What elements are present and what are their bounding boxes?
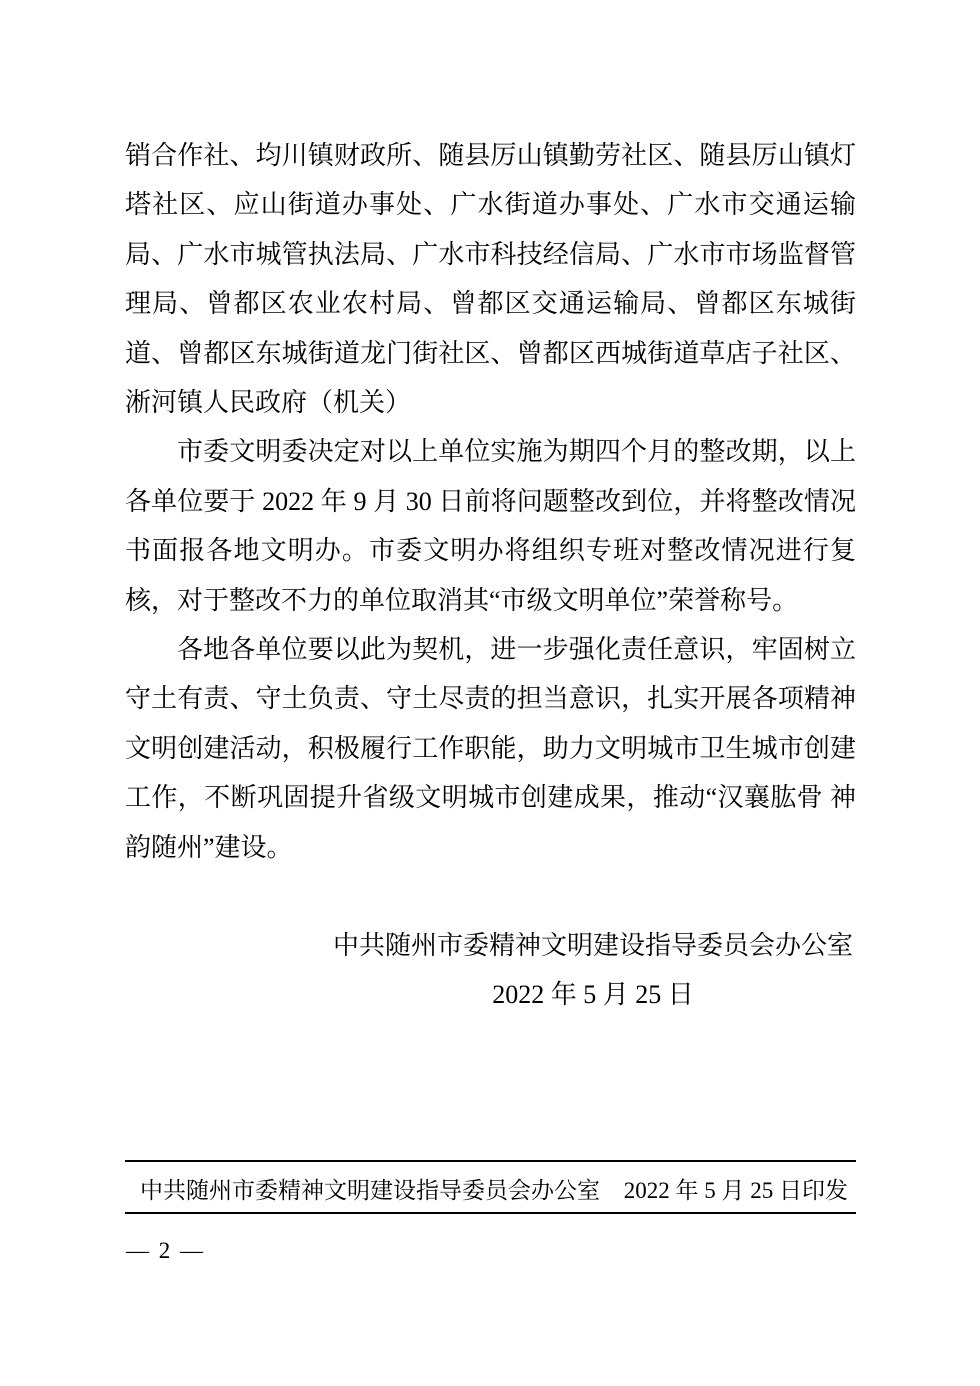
signature-organization: 中共随州市委精神文明建设指导委员会办公室 [331,921,855,970]
colophon-top-rule [125,1160,856,1162]
body-paragraph-rectification: 市委文明委决定对以上单位实施为期四个月的整改期，以上各单位要于 2022 年 9… [125,427,856,625]
colophon-bottom-rule [125,1212,856,1214]
document-body: 销合作社、均川镇财政所、随县厉山镇勤劳社区、随县厉山镇灯塔社区、应山街道办事处、… [125,131,856,872]
signature-date: 2022 年 5 月 25 日 [331,970,855,1019]
body-paragraph-continuation: 销合作社、均川镇财政所、随县厉山镇勤劳社区、随县厉山镇灯塔社区、应山街道办事处、… [125,131,856,427]
signature-block: 中共随州市委精神文明建设指导委员会办公室 2022 年 5 月 25 日 [331,921,855,1020]
colophon-print-date: 2022 年 5 月 25 日印发 [624,1172,848,1205]
page-number: — 2 — [126,1238,205,1264]
document-page: 销合作社、均川镇财政所、随县厉山镇勤劳社区、随县厉山镇灯塔社区、应山街道办事处、… [0,0,980,1386]
colophon-issuer: 中共随州市委精神文明建设指导委员会办公室 [140,1172,600,1205]
colophon: 中共随州市委精神文明建设指导委员会办公室 2022 年 5 月 25 日印发 [125,1168,856,1208]
body-paragraph-call-to-action: 各地各单位要以此为契机，进一步强化责任意识，牢固树立守土有责、守土负责、守土尽责… [125,625,856,872]
